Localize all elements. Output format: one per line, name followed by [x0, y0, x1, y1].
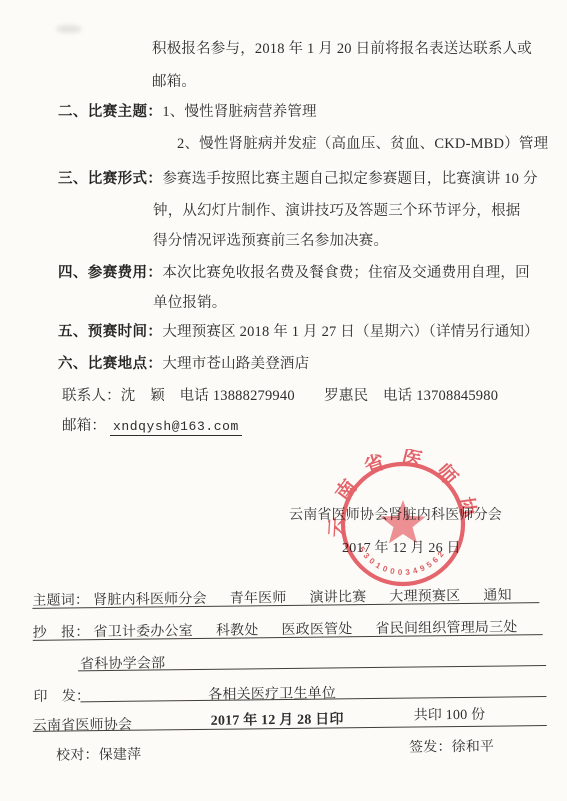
proofreader: 校对：保建萍 [56, 744, 141, 765]
scanned-notice-page: 积极报名参与，2018 年 1 月 20 日前将报名表送达联系人或 邮箱。 二、… [0, 0, 567, 801]
signer: 签发：徐和平 [409, 736, 494, 757]
copies-count: 共印 100 份 [414, 704, 486, 725]
issue-row: 印 发：各相关医疗卫生单位 [33, 682, 336, 705]
keyword: 通知 [483, 588, 512, 603]
footer-block: 主题词：肾脏内科医师分会青年医师演讲比赛大理预赛区通知 抄 报：省卫计委办公室科… [0, 0, 567, 801]
